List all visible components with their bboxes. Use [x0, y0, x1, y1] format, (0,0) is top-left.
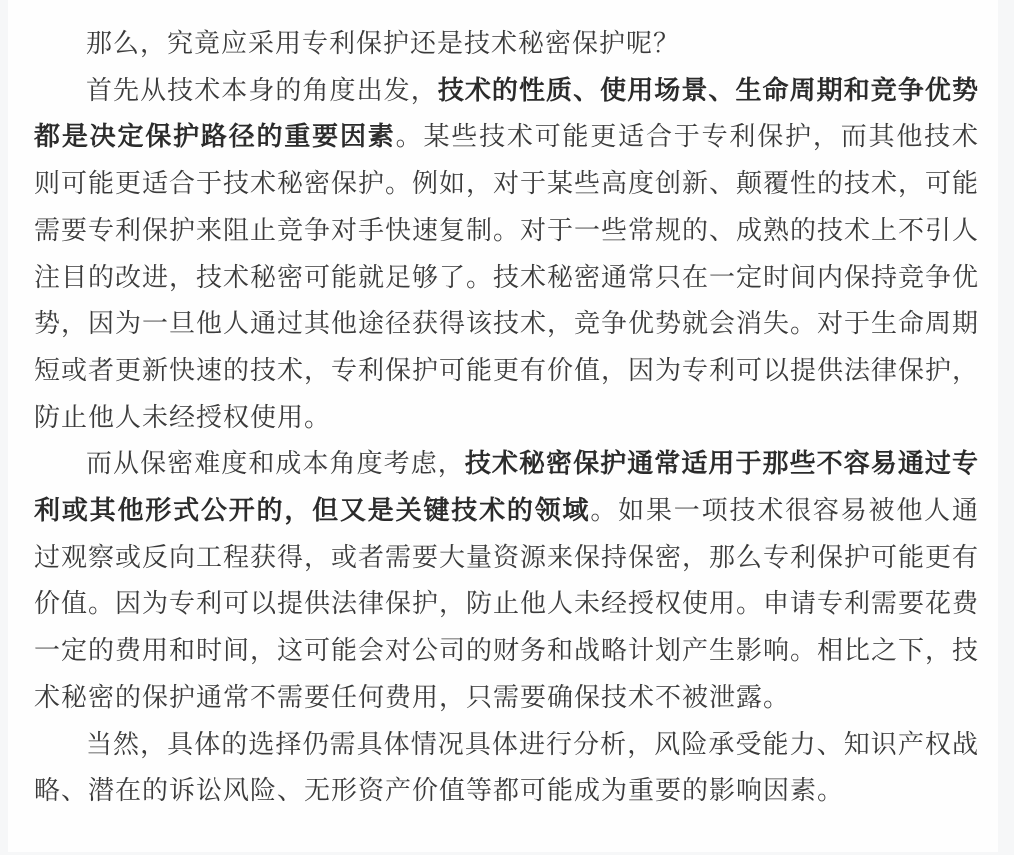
article-text: 那么，究竟应采用专利保护还是技术秘密保护呢？首先从技术本身的角度出发，技术的性质…: [8, 0, 998, 852]
text-segment: 那么，究竟应采用专利保护还是技术秘密保护呢？: [86, 28, 680, 58]
text-segment: 。如果一项技术很容易被他人通过观察或反向工程获得，或者需要大量资源来保持保密，那…: [34, 495, 979, 712]
text-segment: 首先从技术本身的角度出发，: [86, 75, 438, 105]
text-segment: 。某些技术可能更适合于专利保护，而其他技术则可能更适合于技术秘密保护。例如，对于…: [34, 121, 979, 431]
content-card: 那么，究竟应采用专利保护还是技术秘密保护呢？首先从技术本身的角度出发，技术的性质…: [8, 0, 998, 852]
paragraph-2: 首先从技术本身的角度出发，技术的性质、使用场景、生命周期和竞争优势都是决定保护路…: [34, 67, 979, 441]
paragraph-3: 而从保密难度和成本角度考虑，技术秘密保护通常适用于那些不容易通过专利或其他形式公…: [34, 440, 979, 720]
paragraph-4: 当然，具体的选择仍需具体情况具体进行分析，风险承受能力、知识产权战略、潜在的诉讼…: [34, 721, 979, 814]
paragraph-1: 那么，究竟应采用专利保护还是技术秘密保护呢？: [34, 20, 979, 67]
text-segment: 当然，具体的选择仍需具体情况具体进行分析，风险承受能力、知识产权战略、潜在的诉讼…: [34, 729, 979, 806]
text-segment: 而从保密难度和成本角度考虑，: [86, 448, 465, 478]
